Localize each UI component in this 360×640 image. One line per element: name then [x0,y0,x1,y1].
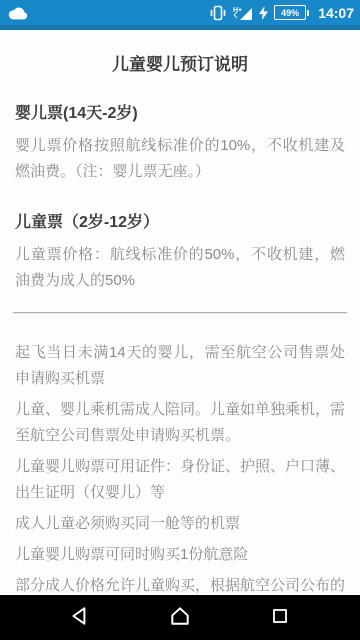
note-item: 儿童婴儿购票可同时购买1份航意险 [15,542,345,568]
svg-text:H+: H+ [233,7,242,14]
app-bar-edge [0,25,360,30]
back-icon [69,605,91,630]
child-ticket-heading: 儿童票（2岁-12岁） [15,214,345,232]
cellular-signal-hplus-icon: H+ [233,5,253,21]
note-item: 儿童婴儿购票可用证件：身份证、护照、户口薄、出生证明（仅婴儿）等 [15,454,345,506]
section-divider [13,312,347,313]
note-item: 起飞当日未满14天的婴儿，需至航空公司售票处申请购买机票 [15,340,345,392]
back-button[interactable] [60,598,100,638]
page-title: 儿童婴儿预订说明 [15,55,345,75]
home-icon [168,605,192,630]
recents-icon [270,606,290,629]
note-item: 成人儿童必须购买同一舱等的机票 [15,511,345,537]
battery-percent: 49% [274,5,306,20]
cloud-notification-icon [6,5,28,21]
status-bar-right-cluster: H+ 49% 14:07 [209,5,354,21]
battery-icon: 49% [274,5,309,20]
battery-nub [307,10,309,16]
child-ticket-body: 儿童票价格：航线标准价的50%，不收机建，燃油费为成人的50% [15,242,345,294]
home-button[interactable] [160,598,200,638]
android-nav-bar [0,595,360,640]
status-bar: H+ 49% 14:07 [0,0,360,25]
note-item: 儿童、婴儿乘机需成人陪同。儿童如单独乘机，需至航空公司售票处申请购买机票。 [15,397,345,449]
infant-ticket-body: 婴儿票价格按照航线标准价的10%，不收机建及燃油费。（注：婴儿票无座。） [15,133,345,185]
infant-ticket-heading: 婴儿票(14天-2岁) [15,105,345,123]
booking-notes-page: 儿童婴儿预订说明 婴儿票(14天-2岁) 婴儿票价格按照航线标准价的10%，不收… [0,55,360,625]
charging-bolt-icon [259,6,268,20]
recents-button[interactable] [260,598,300,638]
notes-list: 起飞当日未满14天的婴儿，需至航空公司售票处申请购买机票 儿童、婴儿乘机需成人陪… [15,340,345,625]
status-bar-clock: 14:07 [318,5,354,21]
phone-screen: H+ 49% 14:07 儿童婴儿预订说明 婴儿票(14天-2岁) 婴儿票价格按… [0,0,360,640]
vibrate-icon [209,5,227,21]
